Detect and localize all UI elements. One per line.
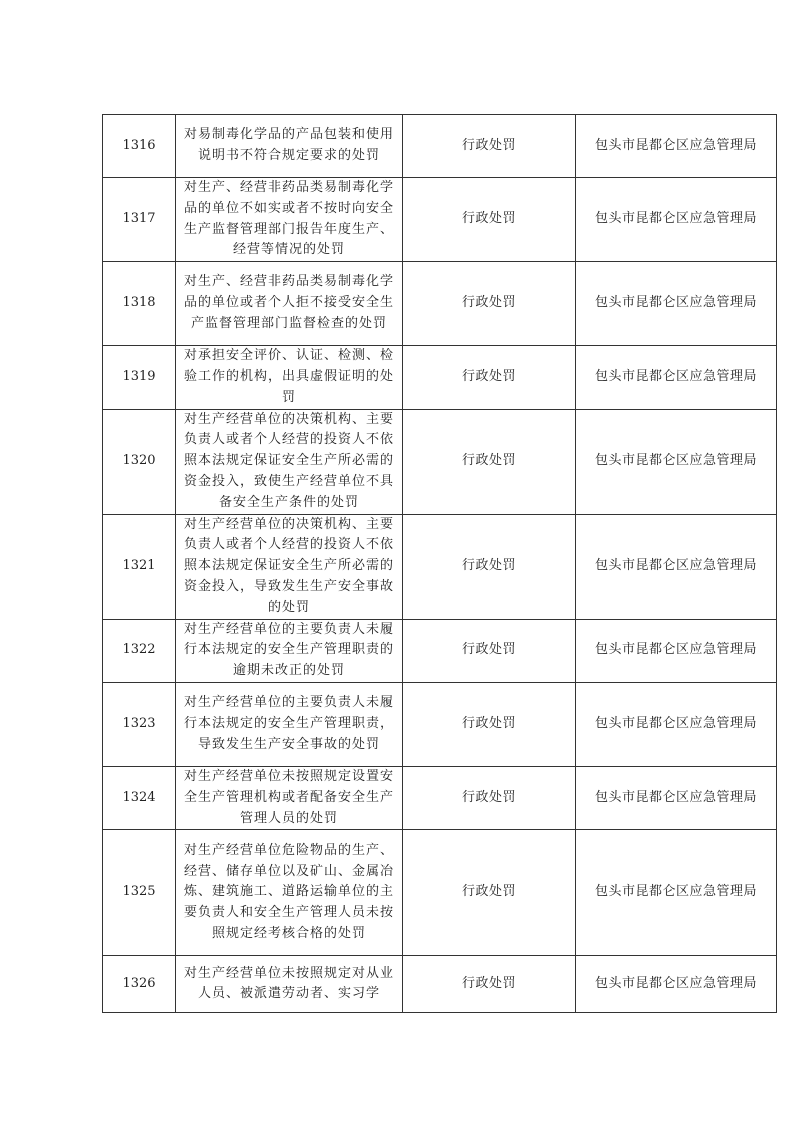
item-authority: 包头市昆都仑区应急管理局 <box>576 178 777 262</box>
item-type: 行政处罚 <box>403 178 576 262</box>
item-number: 1323 <box>103 682 176 766</box>
item-authority: 包头市昆都仑区应急管理局 <box>576 956 777 1013</box>
item-type: 行政处罚 <box>403 830 576 956</box>
item-type: 行政处罚 <box>403 514 576 619</box>
item-name: 对生产经营单位的决策机构、主要负责人或者个人经营的投资人不依照本法规定保证安全生… <box>176 514 403 619</box>
item-type: 行政处罚 <box>403 346 576 409</box>
item-number: 1322 <box>103 619 176 682</box>
item-authority: 包头市昆都仑区应急管理局 <box>576 262 777 346</box>
item-name: 对生产经营单位未按照规定对从业人员、被派遣劳动者、实习学 <box>176 956 403 1013</box>
item-number: 1326 <box>103 956 176 1013</box>
item-name: 对生产经营单位的主要负责人未履行本法规定的安全生产管理职责的逾期未改正的处罚 <box>176 619 403 682</box>
item-authority: 包头市昆都仑区应急管理局 <box>576 346 777 409</box>
item-number: 1320 <box>103 409 176 514</box>
item-name: 对生产经营单位的决策机构、主要负责人或者个人经营的投资人不依照本法规定保证安全生… <box>176 409 403 514</box>
item-authority: 包头市昆都仑区应急管理局 <box>576 514 777 619</box>
item-number: 1321 <box>103 514 176 619</box>
item-type: 行政处罚 <box>403 956 576 1013</box>
document-page: 1316 对易制毒化学品的产品包装和使用说明书不符合规定要求的处罚 行政处罚 包… <box>0 0 793 1122</box>
item-authority: 包头市昆都仑区应急管理局 <box>576 115 777 178</box>
table-row: 1324 对生产经营单位未按照规定设置安全生产管理机构或者配备安全生产管理人员的… <box>103 766 777 829</box>
item-number: 1325 <box>103 830 176 956</box>
item-type: 行政处罚 <box>403 682 576 766</box>
item-number: 1317 <box>103 178 176 262</box>
item-type: 行政处罚 <box>403 262 576 346</box>
item-name: 对生产经营单位危险物品的生产、经营、储存单位以及矿山、金属冶炼、建筑施工、道路运… <box>176 830 403 956</box>
table-row: 1321 对生产经营单位的决策机构、主要负责人或者个人经营的投资人不依照本法规定… <box>103 514 777 619</box>
item-authority: 包头市昆都仑区应急管理局 <box>576 619 777 682</box>
item-name: 对生产经营单位未按照规定设置安全生产管理机构或者配备安全生产管理人员的处罚 <box>176 766 403 829</box>
table-row: 1325 对生产经营单位危险物品的生产、经营、储存单位以及矿山、金属冶炼、建筑施… <box>103 830 777 956</box>
item-name: 对生产、经营非药品类易制毒化学品的单位或者个人拒不接受安全生产监督管理部门监督检… <box>176 262 403 346</box>
table-body: 1316 对易制毒化学品的产品包装和使用说明书不符合规定要求的处罚 行政处罚 包… <box>103 115 777 1013</box>
table-row: 1317 对生产、经营非药品类易制毒化学品的单位不如实或者不按时向安全生产监督管… <box>103 178 777 262</box>
penalty-items-table: 1316 对易制毒化学品的产品包装和使用说明书不符合规定要求的处罚 行政处罚 包… <box>102 114 777 1013</box>
item-type: 行政处罚 <box>403 115 576 178</box>
item-name: 对生产经营单位的主要负责人未履行本法规定的安全生产管理职责，导致发生生产安全事故… <box>176 682 403 766</box>
item-type: 行政处罚 <box>403 766 576 829</box>
item-authority: 包头市昆都仑区应急管理局 <box>576 409 777 514</box>
table-row: 1326 对生产经营单位未按照规定对从业人员、被派遣劳动者、实习学 行政处罚 包… <box>103 956 777 1013</box>
table-row: 1318 对生产、经营非药品类易制毒化学品的单位或者个人拒不接受安全生产监督管理… <box>103 262 777 346</box>
table-row: 1319 对承担安全评价、认证、检测、检验工作的机构，出具虚假证明的处罚 行政处… <box>103 346 777 409</box>
table-row: 1320 对生产经营单位的决策机构、主要负责人或者个人经营的投资人不依照本法规定… <box>103 409 777 514</box>
item-type: 行政处罚 <box>403 409 576 514</box>
item-authority: 包头市昆都仑区应急管理局 <box>576 682 777 766</box>
item-number: 1318 <box>103 262 176 346</box>
item-number: 1324 <box>103 766 176 829</box>
item-name: 对承担安全评价、认证、检测、检验工作的机构，出具虚假证明的处罚 <box>176 346 403 409</box>
item-authority: 包头市昆都仑区应急管理局 <box>576 830 777 956</box>
item-number: 1316 <box>103 115 176 178</box>
item-name: 对易制毒化学品的产品包装和使用说明书不符合规定要求的处罚 <box>176 115 403 178</box>
table-row: 1322 对生产经营单位的主要负责人未履行本法规定的安全生产管理职责的逾期未改正… <box>103 619 777 682</box>
table-row: 1316 对易制毒化学品的产品包装和使用说明书不符合规定要求的处罚 行政处罚 包… <box>103 115 777 178</box>
item-type: 行政处罚 <box>403 619 576 682</box>
table-row: 1323 对生产经营单位的主要负责人未履行本法规定的安全生产管理职责，导致发生生… <box>103 682 777 766</box>
item-name: 对生产、经营非药品类易制毒化学品的单位不如实或者不按时向安全生产监督管理部门报告… <box>176 178 403 262</box>
item-number: 1319 <box>103 346 176 409</box>
item-authority: 包头市昆都仑区应急管理局 <box>576 766 777 829</box>
